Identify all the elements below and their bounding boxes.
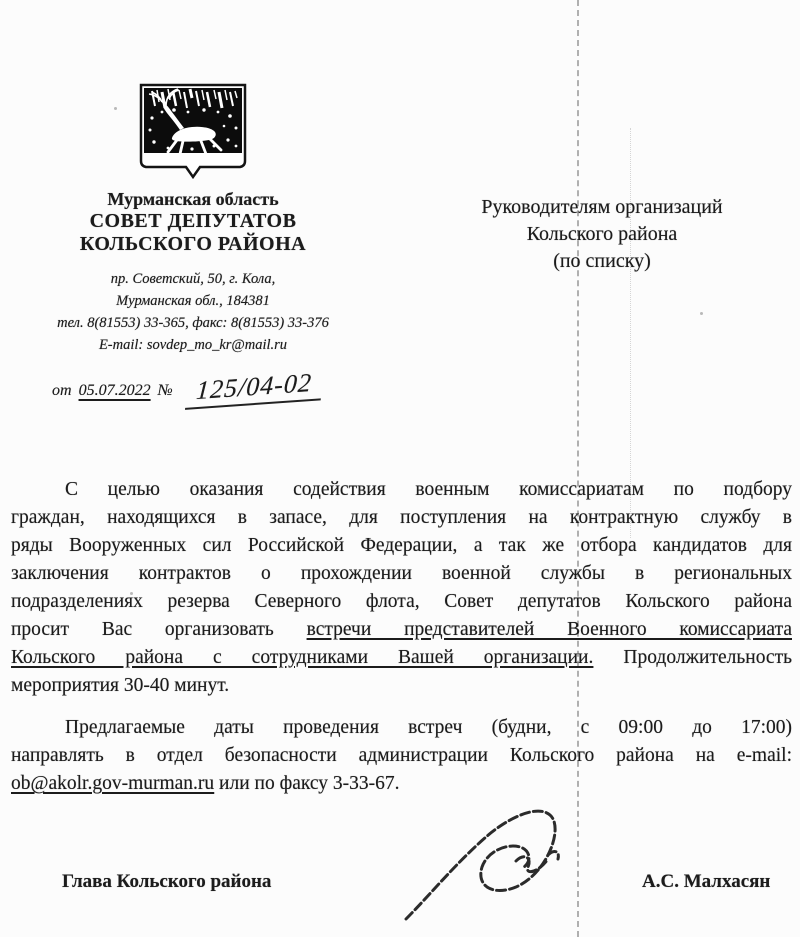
paragraph: Предлагаемые даты проведения встреч (буд… [11, 714, 792, 798]
body-line: ряды Вооруженных сил Российской Федераци… [11, 532, 792, 560]
recipient-block: Руководителям организаций Кольского райо… [428, 194, 776, 275]
body-line: мероприятия 30-40 минут. [11, 672, 792, 700]
body-line: граждан, находящихся в запасе, для посту… [11, 504, 792, 532]
address-line: E-mail: sovdep_mo_kr@mail.ru [18, 334, 368, 356]
coat-of-arms-emblem-icon [136, 82, 250, 184]
body-line: направлять в отдел безопасности админист… [11, 742, 792, 770]
body-line: Предлагаемые даты проведения встреч (буд… [11, 714, 792, 742]
recipient-line: (по списку) [428, 248, 776, 275]
scan-speck [700, 312, 703, 315]
ref-from-label: от [52, 382, 72, 400]
underlined-text: встречи представителей Военного комиссар… [307, 619, 792, 640]
body-line: просит Вас организовать встречи представ… [11, 616, 792, 644]
outgoing-ref-line: от 05.07.2022 № 125/04-02 [52, 372, 322, 405]
body-line: ob@akolr.gov-murman.ru или по факсу 3-33… [11, 770, 792, 798]
text-segment: или по факсу 3-33-67. [214, 773, 399, 794]
org-name-line1: СОВЕТ ДЕПУТАТОВ [18, 210, 368, 233]
paragraph: С целью оказания содействия военным коми… [11, 476, 792, 700]
body-line: Кольского района с сотрудниками Вашей ор… [11, 644, 792, 672]
signer-title: Глава Кольского района [62, 871, 271, 893]
signature-autograph-icon [398, 797, 573, 925]
region-name: Мурманская область [18, 188, 368, 210]
body-paragraphs: С целью оказания содействия военным коми… [11, 476, 792, 798]
address-line: тел. 8(81553) 33-365, факс: 8(81553) 33-… [18, 312, 368, 334]
text-segment: заключения контрактов о прохождении воен… [11, 563, 792, 584]
text-segment: Продолжительность [593, 647, 792, 668]
signer-name: А.С. Малхасян [642, 871, 770, 893]
text-segment: граждан, находящихся в запасе, для посту… [11, 507, 792, 528]
body-line: С целью оказания содействия военным коми… [11, 476, 792, 504]
letterhead: Мурманская область СОВЕТ ДЕПУТАТОВ КОЛЬС… [18, 82, 368, 356]
text-segment: подразделениях резерва Северного флота, … [11, 591, 792, 612]
ref-number-sign: № [158, 382, 173, 400]
address-line: Мурманская обл., 184381 [18, 290, 368, 312]
text-segment: направлять в отдел безопасности админист… [11, 745, 792, 766]
org-address-block: пр. Советский, 50, г. Кола, Мурманская о… [18, 268, 368, 356]
text-segment: ряды Вооруженных сил Российской Федераци… [11, 535, 792, 556]
org-name-line2: КОЛЬСКОГО РАЙОНА [18, 233, 368, 256]
scanned-letter-page: Мурманская область СОВЕТ ДЕПУТАТОВ КОЛЬС… [0, 0, 800, 937]
text-segment: С целью оказания содействия военным коми… [65, 479, 792, 500]
ref-number-handwritten: 125/04-02 [185, 367, 323, 410]
ref-date: 05.07.2022 [79, 382, 151, 400]
recipient-line: Руководителям организаций [428, 194, 776, 221]
underlined-text: ob@akolr.gov-murman.ru [11, 773, 214, 794]
underlined-text: Кольского района с сотрудниками Вашей ор… [11, 647, 593, 668]
body-line: подразделениях резерва Северного флота, … [11, 588, 792, 616]
text-segment: мероприятия 30-40 минут. [11, 675, 229, 696]
text-segment: Предлагаемые даты проведения встреч (буд… [65, 717, 792, 738]
recipient-line: Кольского района [428, 221, 776, 248]
body-line: заключения контрактов о прохождении воен… [11, 560, 792, 588]
text-segment: просит Вас организовать [11, 619, 307, 640]
address-line: пр. Советский, 50, г. Кола, [18, 268, 368, 290]
